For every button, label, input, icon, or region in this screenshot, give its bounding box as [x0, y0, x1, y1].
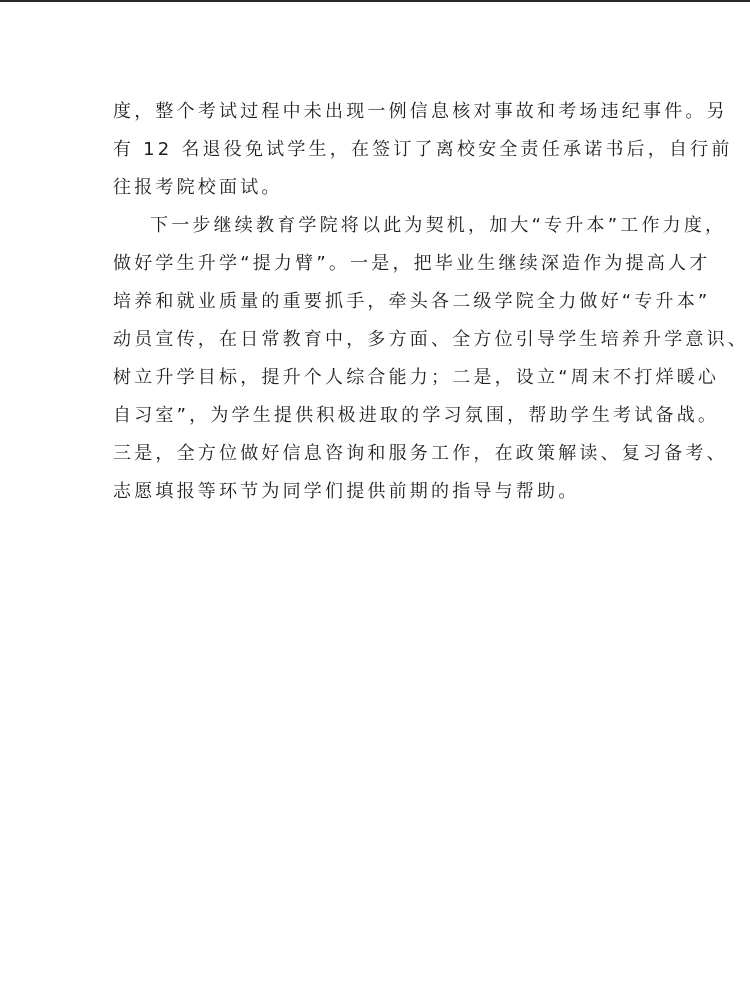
- text-line: 树立升学目标，提升个人综合能力；二是，设立“周末不打烊暖心: [113, 359, 641, 397]
- paragraph-next-steps: 下一步继续教育学院将以此为契机，加大“专升本”工作力度， 做好学生升学“提力臂”…: [113, 207, 641, 511]
- text-line: 度，整个考试过程中未出现一例信息核对事故和考场违纪事件。另: [113, 93, 641, 131]
- paragraph-exam-summary: 度，整个考试过程中未出现一例信息核对事故和考场违纪事件。另 有 12 名退役免试…: [113, 93, 641, 207]
- text-line: 三是，全方位做好信息咨询和服务工作，在政策解读、复习备考、: [113, 435, 641, 473]
- text-line: 下一步继续教育学院将以此为契机，加大“专升本”工作力度，: [113, 207, 641, 245]
- text-line: 往报考院校面试。: [113, 169, 641, 207]
- text-line: 培养和就业质量的重要抓手，牵头各二级学院全力做好“专升本”: [113, 283, 641, 321]
- page-top-border: [0, 0, 750, 2]
- document-page: 度，整个考试过程中未出现一例信息核对事故和考场违纪事件。另 有 12 名退役免试…: [113, 93, 641, 511]
- text-line: 做好学生升学“提力臂”。一是，把毕业生继续深造作为提高人才: [113, 245, 641, 283]
- text-line: 有 12 名退役免试学生，在签订了离校安全责任承诺书后，自行前: [113, 131, 641, 169]
- text-line: 自习室”，为学生提供积极进取的学习氛围，帮助学生考试备战。: [113, 397, 641, 435]
- text-line: 动员宣传，在日常教育中，多方面、全方位引导学生培养升学意识、: [113, 321, 641, 359]
- text-line: 志愿填报等环节为同学们提供前期的指导与帮助。: [113, 473, 641, 511]
